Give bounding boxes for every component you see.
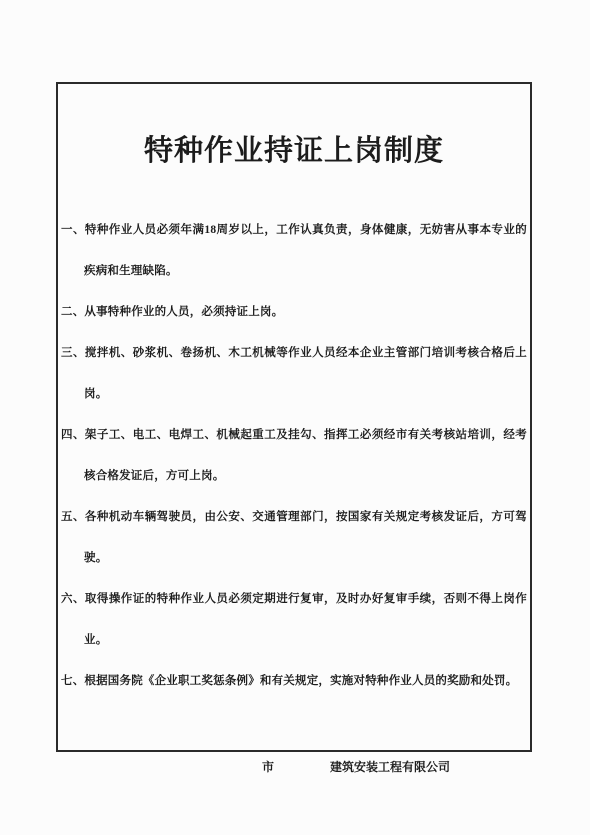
rule-item-3: 三、搅拌机、砂浆机、卷扬机、木工机械等作业人员经本企业主管部门培训考核合格后上岗…: [61, 333, 527, 415]
rule-number: 一、: [61, 224, 85, 236]
rule-item-6: 六、取得操作证的特种作业人员必须定期进行复审，及时办好复审手续，否则不得上岗作业…: [61, 579, 527, 661]
rule-item-1: 一、特种作业人员必须年满18周岁以上，工作认真负责，身体健康，无妨害从事本专业的…: [61, 210, 527, 292]
rule-text: 从事特种作业的人员，必须持证上岗。: [84, 306, 283, 318]
document-title: 特种作业持证上岗制度: [58, 134, 530, 169]
rule-number: 六、: [61, 593, 85, 605]
city-prefix: 市: [262, 760, 274, 774]
company-name: 建筑安装工程有限公司: [330, 760, 450, 774]
rule-number: 七、: [61, 675, 84, 687]
rule-number: 二、: [61, 306, 84, 318]
rule-text: 取得操作证的特种作业人员必须定期进行复审，及时办好复审手续，否则不得上岗作业。: [84, 593, 527, 646]
document-body: 一、特种作业人员必须年满18周岁以上，工作认真负责，身体健康，无妨害从事本专业的…: [58, 210, 530, 702]
rule-text: 各种机动车辆驾驶员，由公安、交通管理部门，按国家有关规定考核发证后，方可驾驶。: [84, 511, 527, 564]
rule-number: 四、: [61, 429, 85, 441]
rule-text: 根据国务院《企业职工奖惩条例》和有关规定，实施对特种作业人员的奖励和处罚。: [84, 675, 517, 687]
document-border-box: 特种作业持证上岗制度 一、特种作业人员必须年满18周岁以上，工作认真负责，身体健…: [56, 82, 532, 752]
rule-item-7: 七、根据国务院《企业职工奖惩条例》和有关规定，实施对特种作业人员的奖励和处罚。: [61, 661, 527, 702]
rule-number: 五、: [61, 511, 85, 523]
rule-number: 三、: [61, 347, 85, 359]
rule-text: 搅拌机、砂浆机、卷扬机、木工机械等作业人员经本企业主管部门培训考核合格后上岗。: [84, 347, 527, 400]
rule-text: 特种作业人员必须年满18周岁以上，工作认真负责，身体健康，无妨害从事本专业的疾病…: [84, 224, 527, 277]
rule-item-4: 四、架子工、电工、电焊工、机械起重工及挂勾、指挥工必须经市有关考核站培训，经考核…: [61, 415, 527, 497]
rule-item-5: 五、各种机动车辆驾驶员，由公安、交通管理部门，按国家有关规定考核发证后，方可驾驶…: [61, 497, 527, 579]
rule-text: 架子工、电工、电焊工、机械起重工及挂勾、指挥工必须经市有关考核站培训，经考核合格…: [84, 429, 527, 482]
document-page: 特种作业持证上岗制度 一、特种作业人员必须年满18周岁以上，工作认真负责，身体健…: [0, 0, 590, 835]
signature-line: 市建筑安装工程有限公司: [58, 757, 530, 777]
rule-item-2: 二、从事特种作业的人员，必须持证上岗。: [61, 292, 527, 333]
